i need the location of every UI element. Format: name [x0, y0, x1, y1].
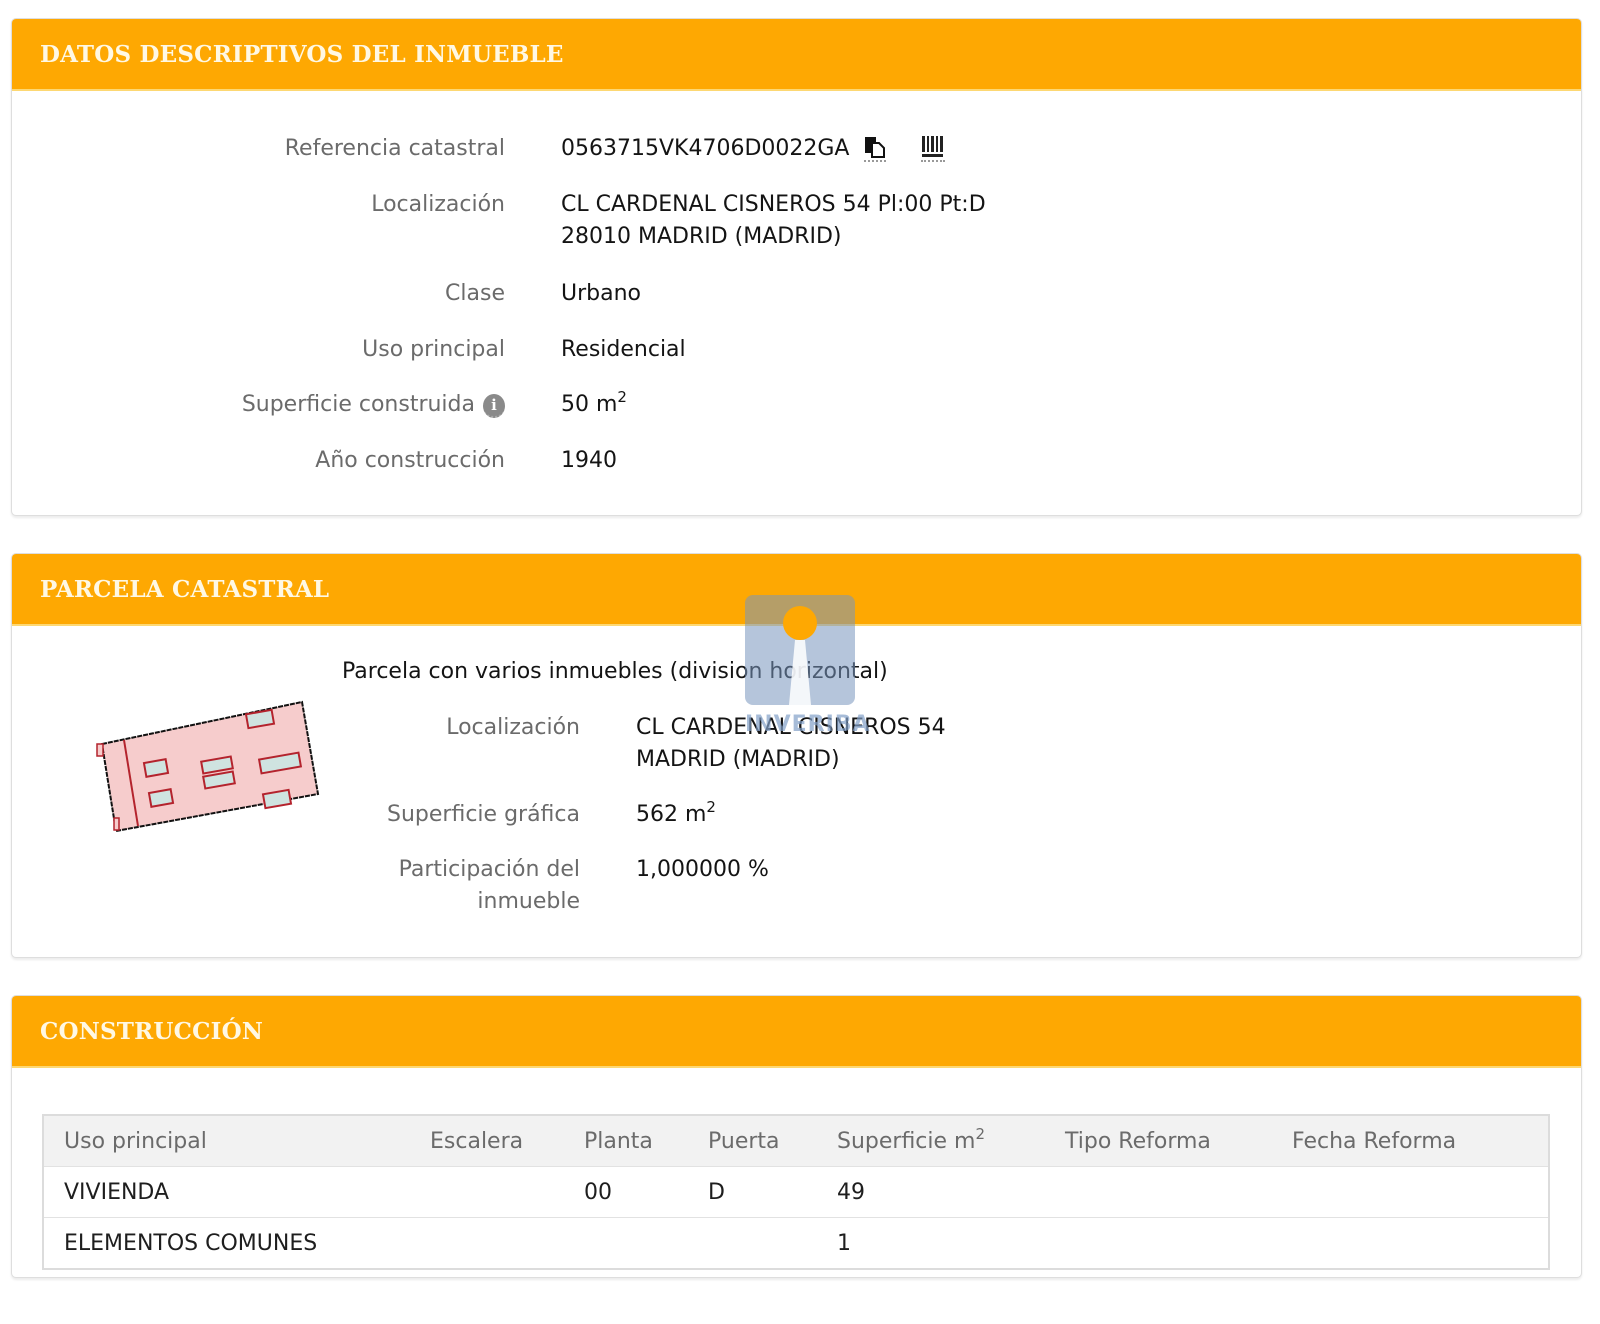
cell — [564, 1218, 688, 1270]
referencia-text: 0563715VK4706D0022GA — [561, 136, 849, 161]
cell — [1045, 1167, 1272, 1218]
table-header-row: Uso principal Escalera Planta Puerta Sup… — [43, 1115, 1549, 1167]
localizacion-line1: CL CARDENAL CISNEROS 54 Pl:00 Pt:D — [561, 189, 986, 221]
label-participacion: Participación del inmueble — [12, 854, 580, 918]
row-participacion: Participación del inmueble 1,000000 % — [12, 854, 769, 918]
value-superficie: 50 m2 — [561, 389, 627, 421]
cell — [688, 1218, 817, 1270]
table-row: VIVIENDA 00 D 49 — [43, 1167, 1549, 1218]
copy-document-icon[interactable] — [864, 136, 886, 162]
value-uso: Residencial — [561, 334, 686, 366]
label-parcela-localizacion: Localización — [12, 712, 580, 776]
watermark-text: INVERIBA — [745, 712, 857, 737]
panel-datos-descriptivos: DATOS DESCRIPTIVOS DEL INMUEBLE Referenc… — [11, 18, 1582, 516]
participacion-label-line1: Participación del — [12, 854, 580, 886]
row-referencia: Referencia catastral 0563715VK4706D0022G… — [12, 133, 945, 165]
panel-title: DATOS DESCRIPTIVOS DEL INMUEBLE — [40, 41, 564, 68]
value-parcela-superficie: 562 m2 — [636, 799, 716, 831]
info-icon[interactable]: i — [483, 394, 505, 418]
value-localizacion: CL CARDENAL CISNEROS 54 Pl:00 Pt:D 28010… — [561, 189, 986, 253]
col-superficie-text: Superficie m — [837, 1129, 975, 1154]
cell — [1272, 1167, 1549, 1218]
cell: 00 — [564, 1167, 688, 1218]
row-parcela-superficie: Superficie gráfica 562 m2 — [12, 799, 716, 831]
col-superficie: Superficie m2 — [817, 1115, 1045, 1167]
label-superficie-text: Superficie construida — [242, 392, 475, 417]
panel-construccion: CONSTRUCCIÓN Uso principal Escalera Plan… — [11, 995, 1582, 1278]
watermark-logo — [745, 595, 855, 705]
col-escalera: Escalera — [410, 1115, 564, 1167]
label-anio: Año construcción — [12, 445, 505, 477]
construccion-table: Uso principal Escalera Planta Puerta Sup… — [42, 1114, 1550, 1270]
col-puerta: Puerta — [688, 1115, 817, 1167]
cell — [1045, 1218, 1272, 1270]
parcela-superficie-value: 562 m — [636, 802, 706, 827]
cell — [1272, 1218, 1549, 1270]
parcela-superficie-sup: 2 — [706, 798, 716, 816]
superficie-value: 50 m — [561, 392, 617, 417]
panel-header: DATOS DESCRIPTIVOS DEL INMUEBLE — [12, 19, 1581, 91]
col-uso: Uso principal — [43, 1115, 410, 1167]
label-parcela-superficie: Superficie gráfica — [12, 799, 580, 831]
row-anio: Año construcción 1940 — [12, 445, 617, 477]
label-uso: Uso principal — [12, 334, 505, 366]
cell: D — [688, 1167, 817, 1218]
col-planta: Planta — [564, 1115, 688, 1167]
col-fecha-reforma: Fecha Reforma — [1272, 1115, 1549, 1167]
cell — [410, 1218, 564, 1270]
panel-title: CONSTRUCCIÓN — [40, 1018, 263, 1045]
cell: 1 — [817, 1218, 1045, 1270]
panel-header: CONSTRUCCIÓN — [12, 996, 1581, 1068]
label-referencia: Referencia catastral — [12, 133, 505, 165]
barcode-icon[interactable] — [921, 136, 945, 162]
cell: ELEMENTOS COMUNES — [43, 1218, 410, 1270]
value-clase: Urbano — [561, 278, 641, 310]
superficie-unit-sup: 2 — [617, 388, 627, 406]
label-clase: Clase — [12, 278, 505, 310]
label-superficie: Superficie construidai — [12, 389, 505, 421]
col-superficie-sup: 2 — [975, 1125, 985, 1143]
cell: VIVIENDA — [43, 1167, 410, 1218]
row-superficie: Superficie construidai 50 m2 — [12, 389, 627, 421]
row-uso: Uso principal Residencial — [12, 334, 686, 366]
value-anio: 1940 — [561, 445, 617, 477]
table-row: ELEMENTOS COMUNES 1 — [43, 1218, 1549, 1270]
parcela-loc-line2: MADRID (MADRID) — [636, 744, 946, 776]
value-referencia: 0563715VK4706D0022GA — [561, 133, 945, 165]
col-tipo-reforma: Tipo Reforma — [1045, 1115, 1272, 1167]
localizacion-line2: 28010 MADRID (MADRID) — [561, 221, 986, 253]
row-localizacion: Localización CL CARDENAL CISNEROS 54 Pl:… — [12, 189, 986, 253]
row-clase: Clase Urbano — [12, 278, 641, 310]
value-participacion: 1,000000 % — [636, 854, 769, 918]
cell: 49 — [817, 1167, 1045, 1218]
cell — [410, 1167, 564, 1218]
participacion-label-line2: inmueble — [12, 886, 580, 918]
panel-title: PARCELA CATASTRAL — [40, 576, 329, 603]
label-localizacion: Localización — [12, 189, 505, 253]
